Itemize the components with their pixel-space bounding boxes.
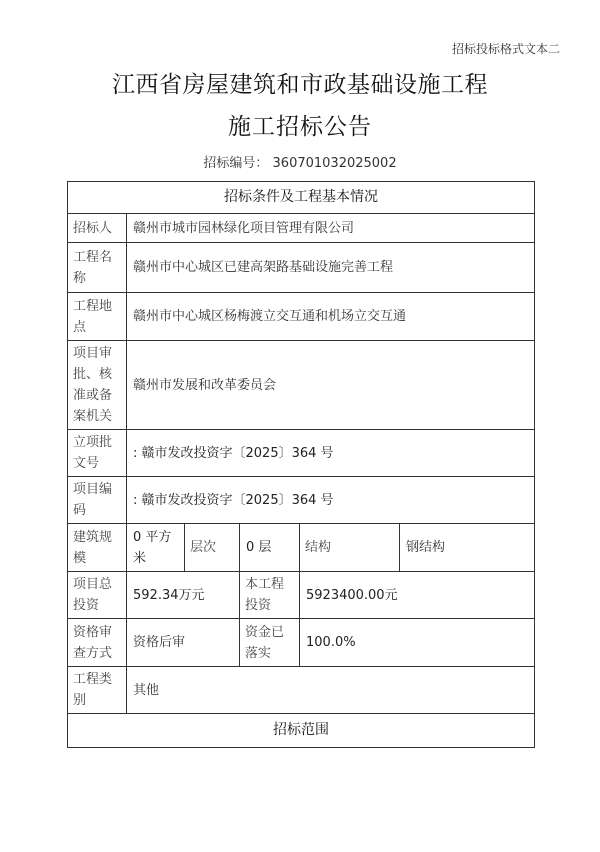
table-row: 招标条件及工程基本情况 [68,182,535,214]
qualification-label: 资格审查方式 [68,619,127,667]
this-investment-value: 5923400.00元 [300,572,535,619]
table-row: 招标人 赣州市城市园林绿化项目管理有限公司 [68,214,535,243]
approval-authority-value: 赣州市发展和改革委员会 [127,341,535,430]
project-location-label: 工程地点 [68,293,127,341]
floors-label: 层次 [185,524,240,572]
table-row: 项目总投资 592.34万元 本工程投资 5923400.00元 [68,572,535,619]
project-name-label: 工程名称 [68,243,127,293]
bid-number: 招标编号： 360701032025002 [0,152,600,171]
project-name-value: 赣州市中心城区已建高架路基础设施完善工程 [127,243,535,293]
table-row: 工程类别 其他 [68,667,535,714]
table-row: 项目审批、核准或备案机关 赣州市发展和改革委员会 [68,341,535,430]
this-investment-label: 本工程投资 [240,572,300,619]
table-row: 招标范围 [68,714,535,748]
funds-value: 100.0% [300,619,535,667]
document-form-label: 招标投标格式文本二 [452,40,560,57]
project-code-value: : 赣市发改投资字〔2025〕364 号 [127,477,535,524]
qualification-value: 资格后审 [127,619,240,667]
total-investment-value: 592.34万元 [127,572,240,619]
project-code-label: 项目编码 [68,477,127,524]
project-info-table: 招标条件及工程基本情况 招标人 赣州市城市园林绿化项目管理有限公司 工程名称 赣… [67,181,535,748]
section-title: 招标条件及工程基本情况 [68,182,535,214]
project-type-label: 工程类别 [68,667,127,714]
table-row: 资格审查方式 资格后审 资金已落实 100.0% [68,619,535,667]
building-scale-label: 建筑规模 [68,524,127,572]
tenderer-value: 赣州市城市园林绿化项目管理有限公司 [127,214,535,243]
bid-number-value: 360701032025002 [273,156,397,171]
funds-label: 资金已落实 [240,619,300,667]
table-row: 建筑规模 0 平方米 层次 0 层 结构 钢结构 [68,524,535,572]
table-row: 工程名称 赣州市中心城区已建高架路基础设施完善工程 [68,243,535,293]
bid-number-label: 招标编号： [203,156,268,171]
page-title-line2: 施工招标公告 [0,108,600,141]
structure-value: 钢结构 [400,524,535,572]
total-investment-label: 项目总投资 [68,572,127,619]
scope-title: 招标范围 [68,714,535,748]
project-location-value: 赣州市中心城区杨梅渡立交互通和机场立交互通 [127,293,535,341]
project-type-value: 其他 [127,667,535,714]
page-title-line1: 江西省房屋建筑和市政基础设施工程 [0,66,600,99]
structure-label: 结构 [300,524,400,572]
tenderer-label: 招标人 [68,214,127,243]
approval-doc-label: 立项批文号 [68,430,127,477]
table-row: 项目编码 : 赣市发改投资字〔2025〕364 号 [68,477,535,524]
floors-value: 0 层 [240,524,300,572]
table-row: 工程地点 赣州市中心城区杨梅渡立交互通和机场立交互通 [68,293,535,341]
table-row: 立项批文号 : 赣市发改投资字〔2025〕364 号 [68,430,535,477]
approval-doc-value: : 赣市发改投资字〔2025〕364 号 [127,430,535,477]
building-scale-value: 0 平方米 [127,524,185,572]
approval-authority-label: 项目审批、核准或备案机关 [68,341,127,430]
